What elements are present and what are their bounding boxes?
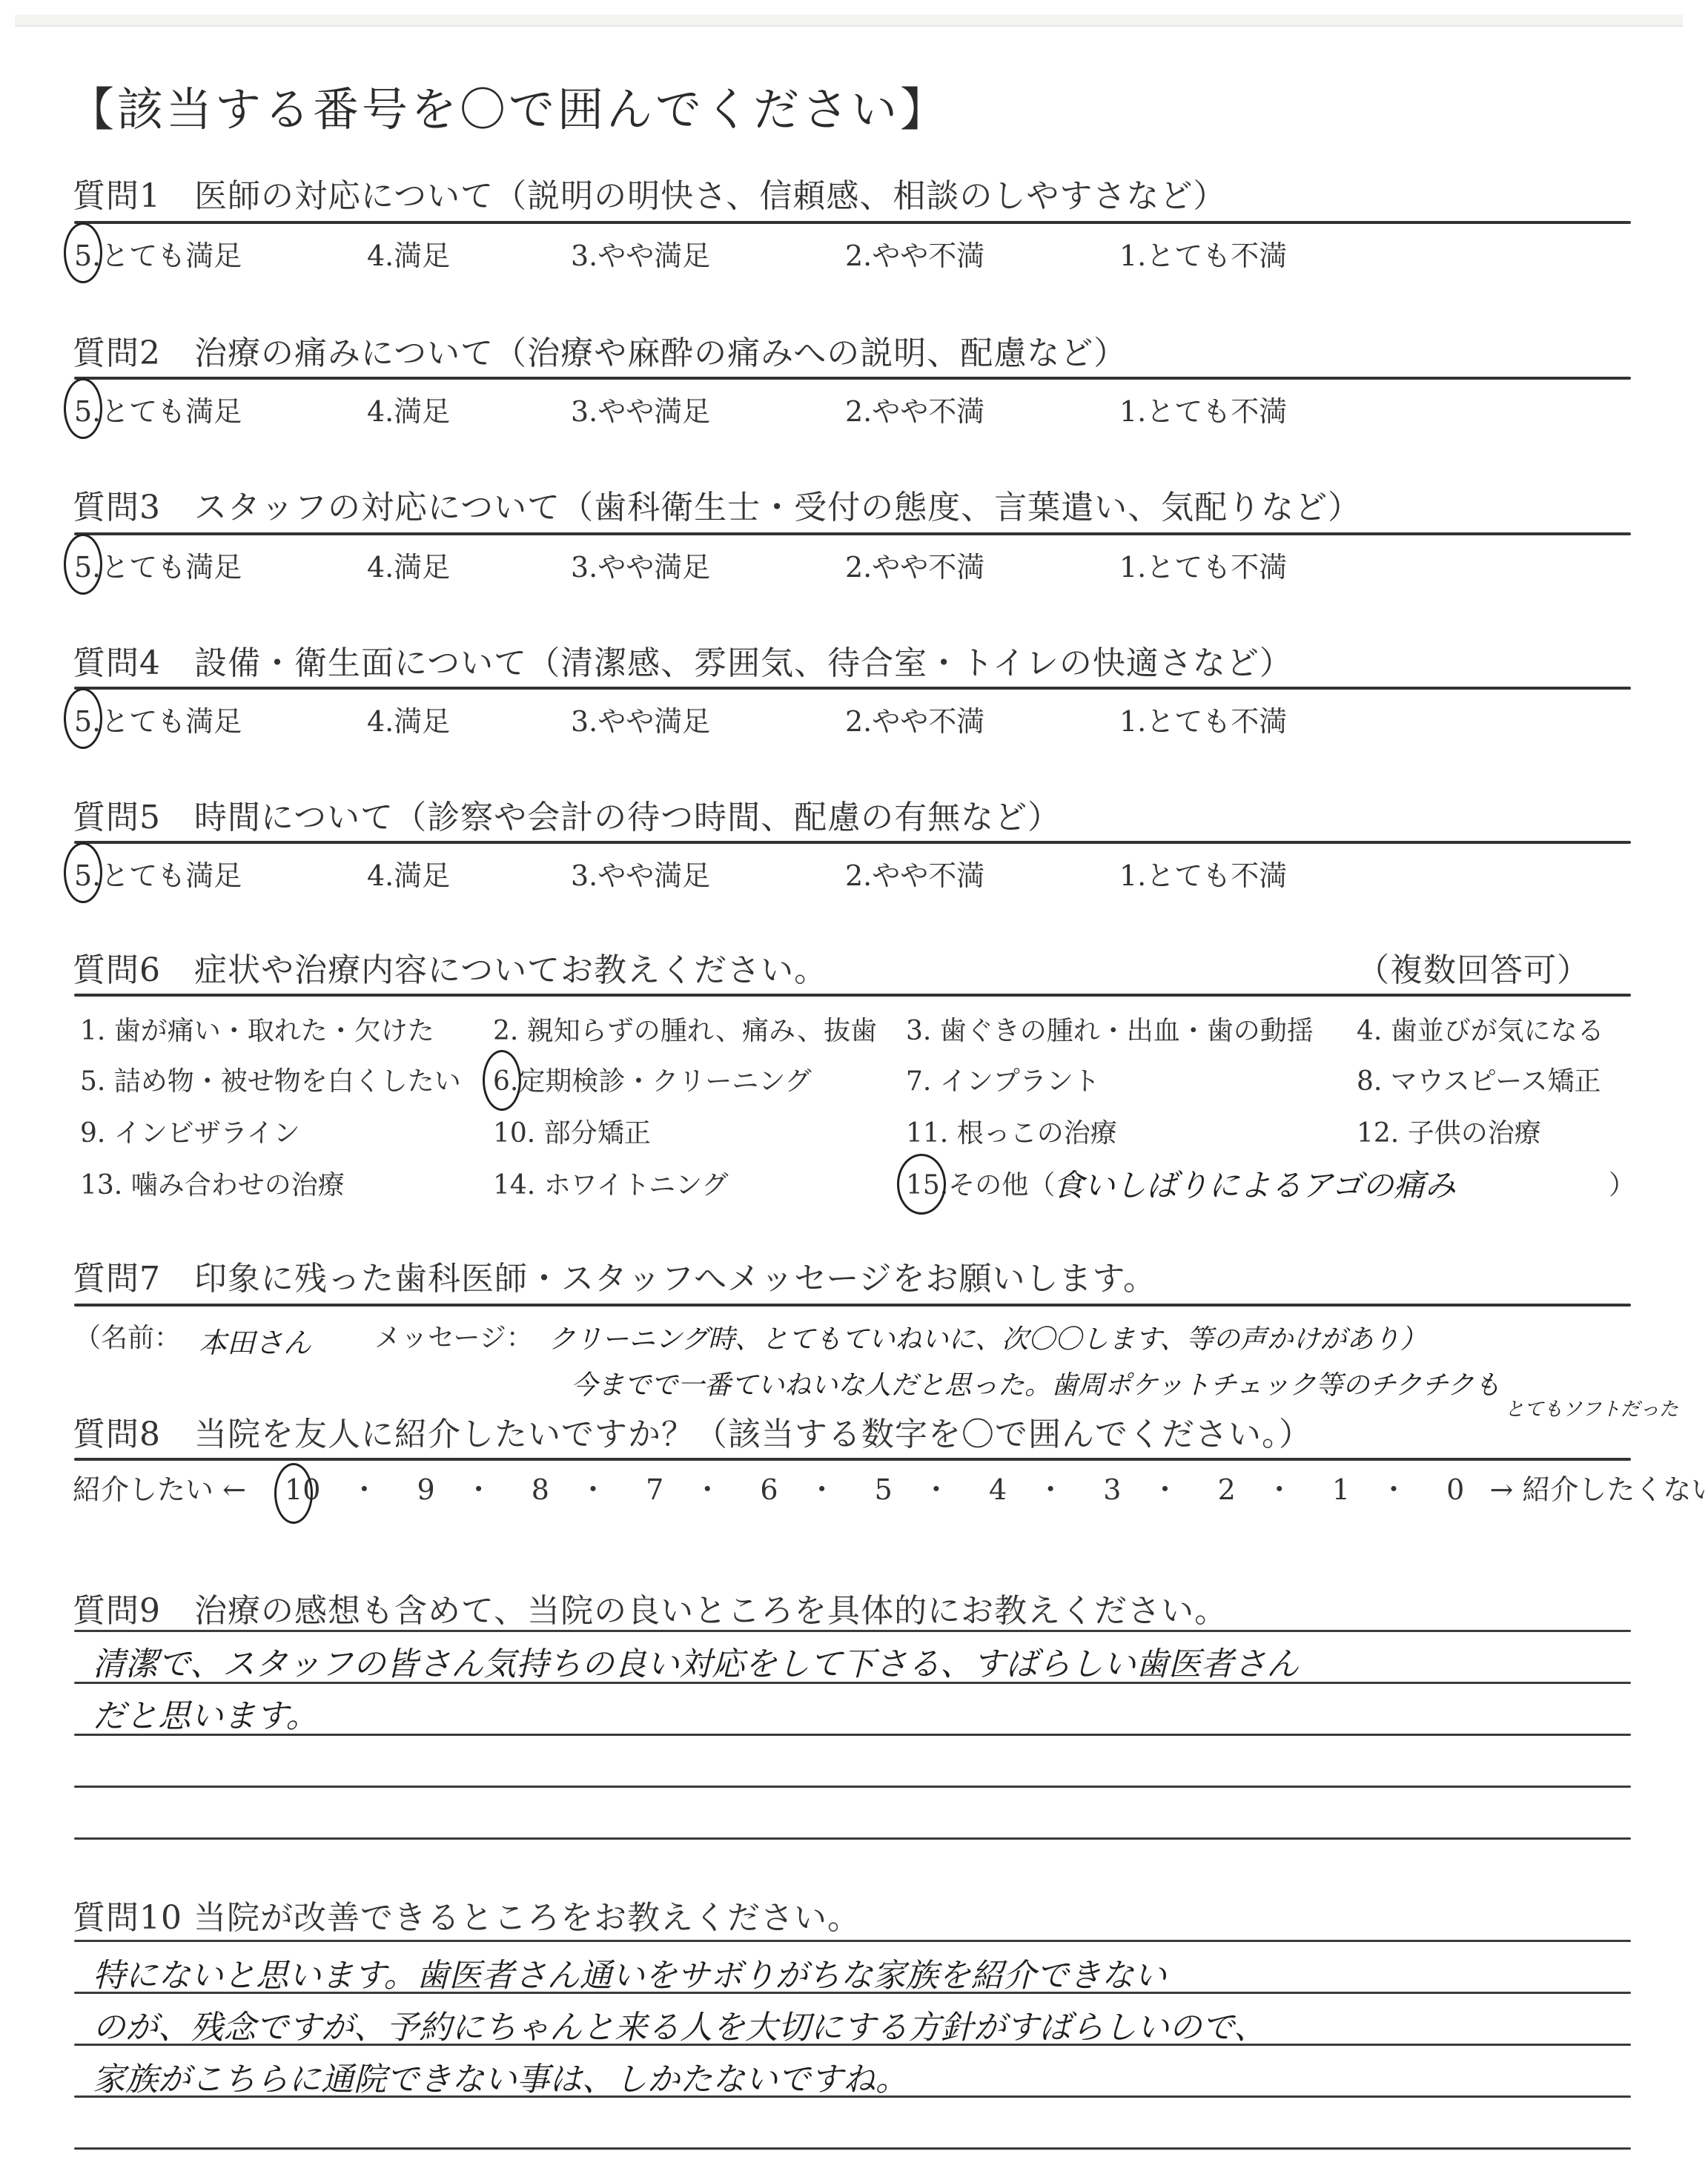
rating-option-5-selected[interactable]: 5.とても満足 [74,389,242,429]
scale-option-2[interactable]: 2 [1218,1473,1236,1506]
answer-line [74,1992,1631,1994]
question-1-title: 質問1 医師の対応について（説明の明快さ、信頼感、相談のしやすさなど） [73,169,1226,217]
scale-option-10-selected[interactable]: 10 [285,1473,320,1506]
name-field[interactable]: 本田さん [199,1320,311,1361]
symptom-option-7[interactable]: 7. インプラント [906,1060,1100,1098]
rating-option-5-selected[interactable]: 5.とても満足 [74,233,242,274]
rating-option-1[interactable]: 1.とても不満 [1119,698,1287,739]
symptom-option-10[interactable]: 10. 部分矯正 [493,1112,651,1150]
symptom-option-6-selected[interactable]: 6.定期検診・クリーニング [493,1060,812,1098]
answer-line [74,1786,1631,1788]
symptom-option-13[interactable]: 13. 噛み合わせの治療 [80,1164,345,1202]
symptom-option-2[interactable]: 2. 親知らずの腫れ、痛み、抜歯 [493,1010,877,1048]
other-close-paren: ） [1609,1164,1635,1202]
q10-answer-line-2[interactable]: のが、残念ですが、予約にちゃんと来る人を大切にする方針がすばらしいので、 [93,2001,1266,2048]
scale-option-5[interactable]: 5 [875,1473,893,1506]
question-10-title: 質問10 当院が改善できるところをお教えください。 [73,1891,861,1938]
rating-option-4[interactable]: 4.満足 [367,233,450,274]
message-field-line-3[interactable]: とてもソフトだった [1505,1394,1678,1421]
instruction-title: 【該当する番号を〇で囲んでください】 [68,73,949,139]
rating-option-1[interactable]: 1.とても不満 [1119,389,1287,429]
question-8-title: 質問8 当院を友人に紹介したいですか？（該当する数字を〇で囲んでください。） [73,1407,1312,1455]
rating-option-4[interactable]: 4.満足 [367,698,450,739]
question-3-title: 質問3 スタッフの対応について（歯科衛生士・受付の態度、言葉遣い、気配りなど） [73,480,1361,528]
rating-option-3[interactable]: 3.やや満足 [571,853,710,894]
question-4-rule [74,687,1631,690]
scale-option-7[interactable]: 7 [646,1473,663,1506]
rating-option-2[interactable]: 2.やや不満 [845,389,984,429]
question-6-title: 質問6 症状や治療内容についてお教えください。 [73,943,827,991]
name-label: （名前： [74,1317,181,1355]
scale-option-3[interactable]: 3 [1103,1473,1121,1506]
rating-option-2[interactable]: 2.やや不満 [845,233,984,274]
rating-option-3[interactable]: 3.やや満足 [571,389,710,429]
scale-option-6[interactable]: 6 [760,1473,778,1506]
question-6-multiple-note: （複数回答可） [1357,943,1590,991]
rating-option-3[interactable]: 3.やや満足 [571,233,710,274]
q9-answer-line-2[interactable]: だと思います。 [93,1689,318,1737]
other-answer-field[interactable]: 食いしばりによるアゴの痛み [1053,1161,1456,1206]
q10-answer-line-1[interactable]: 特にないと思います。歯医者さん通いをサボりがちな家族を紹介できない [93,1949,1166,1996]
question-7-rule [74,1304,1631,1307]
question-7-title: 質問7 印象に残った歯科医師・スタッフへメッセージをお願いします。 [73,1252,1156,1299]
q9-answer-line-1[interactable]: 清潔で、スタッフの皆さん気持ちの良い対応をして下さる、すばらしい歯医者さん [93,1637,1299,1685]
symptom-option-4[interactable]: 4. 歯並びが気になる [1357,1010,1604,1048]
answer-line [74,1837,1631,1840]
question-8-rule [74,1458,1631,1461]
rating-option-1[interactable]: 1.とても不満 [1119,233,1287,274]
question-2-rule [74,377,1631,380]
rating-option-1[interactable]: 1.とても不満 [1119,544,1287,585]
question-4-title: 質問4 設備・衛生面について（清潔感、雰囲気、待合室・トイレの快適さなど） [73,636,1293,684]
rating-option-4[interactable]: 4.満足 [367,544,450,585]
symptom-option-14[interactable]: 14. ホワイトニング [493,1164,728,1202]
rating-option-5-selected[interactable]: 5.とても満足 [74,698,242,739]
answer-line [74,1630,1631,1632]
question-1-rule [74,221,1631,224]
message-label: メッセージ： [374,1317,533,1355]
answer-line [74,2147,1631,2150]
scale-option-9[interactable]: 9 [417,1473,434,1506]
rating-option-1[interactable]: 1.とても不満 [1119,853,1287,894]
q10-answer-line-3[interactable]: 家族がこちらに通院できない事は、しかたないですね。 [93,2052,908,2100]
question-5-rule [74,841,1631,844]
answer-line [74,1734,1631,1736]
rating-option-3[interactable]: 3.やや満足 [571,698,710,739]
scale-option-8[interactable]: 8 [532,1473,549,1506]
rating-option-2[interactable]: 2.やや不満 [845,698,984,739]
rating-option-2[interactable]: 2.やや不満 [845,544,984,585]
rating-option-5-selected[interactable]: 5.とても満足 [74,853,242,894]
symptom-option-3[interactable]: 3. 歯ぐきの腫れ・出血・歯の動揺 [906,1010,1314,1048]
symptom-option-5[interactable]: 5. 詰め物・被せ物を白くしたい [80,1060,461,1098]
answer-line [74,2044,1631,2046]
question-3-rule [74,532,1631,535]
question-6-rule [74,994,1631,997]
answer-line [74,1682,1631,1684]
symptom-option-12[interactable]: 12. 子供の治療 [1357,1112,1541,1150]
scale-option-0[interactable]: 0 [1446,1473,1464,1506]
scale-option-1[interactable]: 1 [1332,1473,1350,1506]
symptom-option-11[interactable]: 11. 根っこの治療 [906,1112,1117,1150]
recommend-right-label: → 紹介したくない [1489,1467,1708,1507]
rating-option-5-selected[interactable]: 5.とても満足 [74,544,242,585]
recommend-scale: 紹介したい ← 10・ 9・ 8・ 7・ 6・ 5・ 4・ 3・ 2・ 1・ 0… [73,1467,1708,1507]
question-5-title: 質問5 時間について（診察や会計の待つ時間、配慮の有無など） [73,790,1061,838]
question-2-title: 質問2 治療の痛みについて（治療や麻酔の痛みへの説明、配慮など） [73,326,1127,374]
message-field-line-2[interactable]: 今までで一番ていねいな人だと思った。歯周ポケットチェック等のチクチクも [571,1364,1500,1402]
symptom-option-15-selected[interactable]: 15.その他（ [906,1164,1055,1202]
answer-line [74,2095,1631,2098]
question-9-title: 質問9 治療の感想も含めて、当院の良いところを具体的にお教えください。 [73,1584,1228,1631]
rating-option-3[interactable]: 3.やや満足 [571,544,710,585]
answer-line [74,1940,1631,1942]
scale-option-4[interactable]: 4 [989,1473,1007,1506]
symptom-option-8[interactable]: 8. マウスピース矯正 [1357,1060,1601,1098]
symptom-option-1[interactable]: 1. 歯が痛い・取れた・欠けた [80,1010,434,1048]
recommend-left-label: 紹介したい ← [73,1467,246,1507]
scan-top-edge [15,15,1683,27]
symptom-option-9[interactable]: 9. インビザライン [80,1112,300,1150]
rating-option-4[interactable]: 4.満足 [367,389,450,429]
rating-option-2[interactable]: 2.やや不満 [845,853,984,894]
message-field-line-1[interactable]: クリーニング時、とてもていねいに、次〇〇します、等の声かけがあり） [549,1318,1426,1356]
rating-option-4[interactable]: 4.満足 [367,853,450,894]
